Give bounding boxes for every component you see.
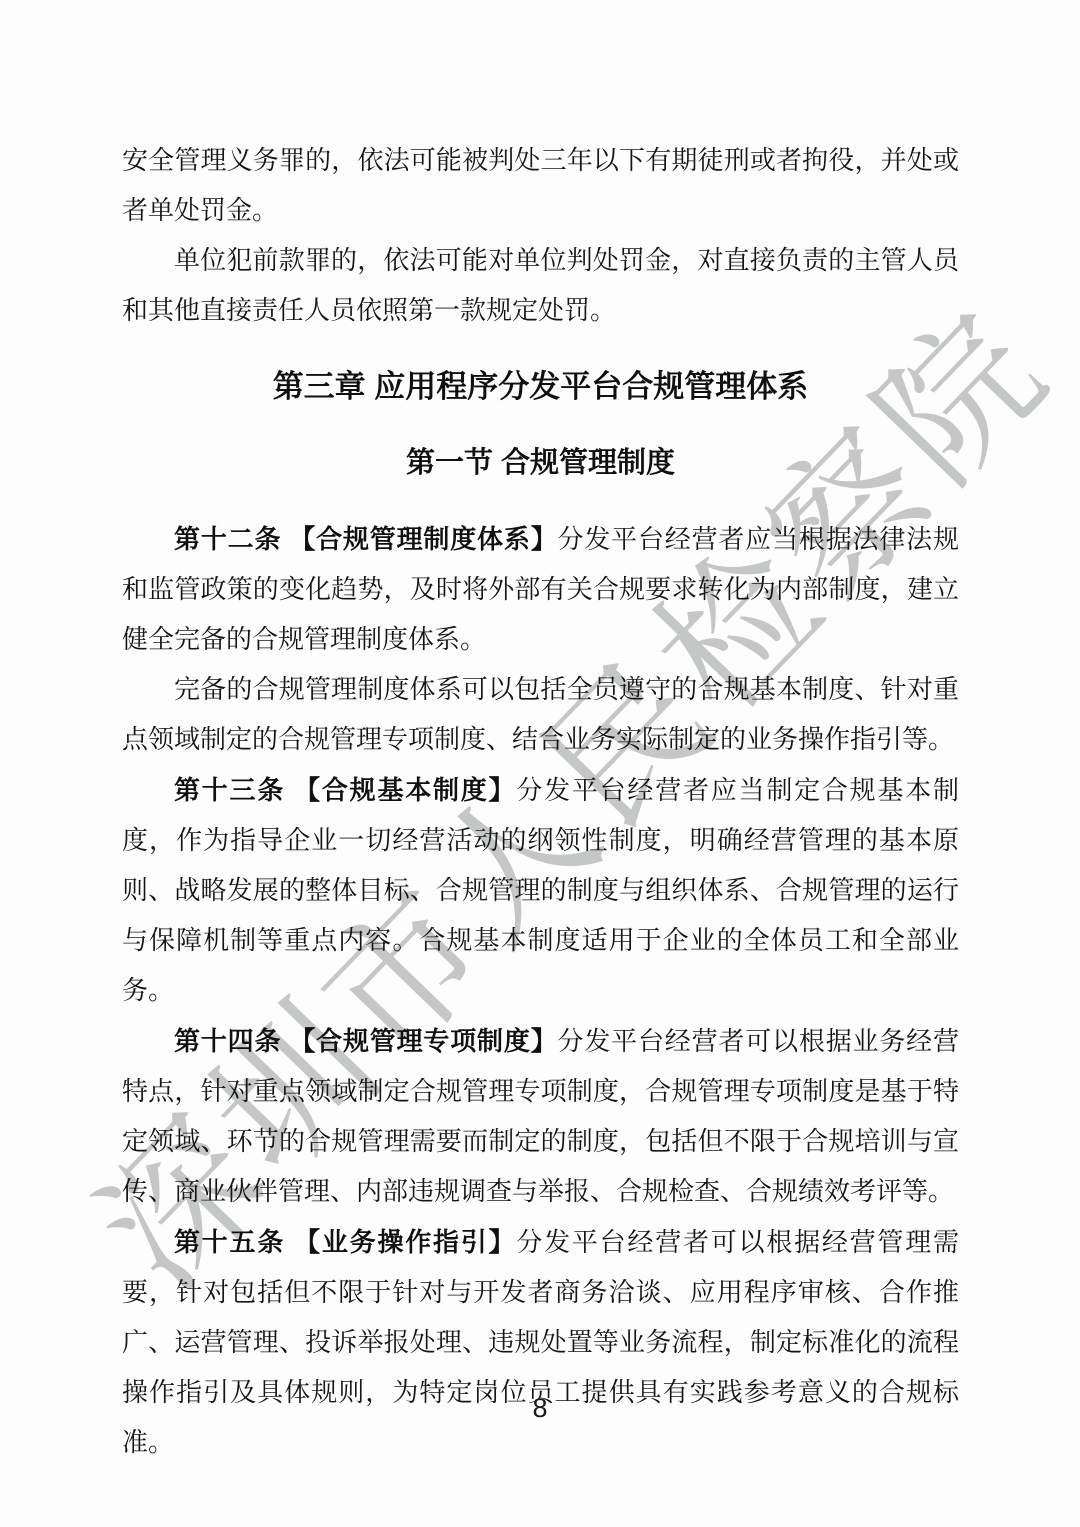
paragraph-unit-crime: 单位犯前款罪的，依法可能对单位判处罚金，对直接负责的主管人员和其他直接责任人员依…: [122, 236, 959, 336]
document-page: 深圳市人民检察院 安全管理义务罪的，依法可能被判处三年以下有期徒刑或者拘役，并处…: [0, 0, 1080, 1527]
article-12-paragraph: 第十二条 【合规管理制度体系】分发平台经营者应当根据法律法规和监管政策的变化趋势…: [122, 514, 959, 665]
article-13-body: 分发平台经营者应当制定合规基本制度，作为指导企业一切经营活动的纲领性制度，明确经…: [122, 776, 959, 1005]
article-13-paragraph: 第十三条 【合规基本制度】分发平台经营者应当制定合规基本制度，作为指导企业一切经…: [122, 765, 959, 1016]
paragraph-complete-system: 完备的合规管理制度体系可以包括全员遵守的合规基本制度、针对重点领域制定的合规管理…: [122, 665, 959, 765]
article-14-heading: 第十四条 【合规管理专项制度】: [174, 1026, 558, 1056]
paragraph-carryover: 安全管理义务罪的，依法可能被判处三年以下有期徒刑或者拘役，并处或者单处罚金。: [122, 136, 959, 236]
section-heading: 第一节 合规管理制度: [122, 438, 959, 488]
page-content: 安全管理义务罪的，依法可能被判处三年以下有期徒刑或者拘役，并处或者单处罚金。 单…: [0, 0, 1080, 1468]
page-number: 8: [0, 1388, 1080, 1428]
article-15-paragraph: 第十五条 【业务操作指引】分发平台经营者可以根据经营管理需要，针对包括但不限于针…: [122, 1217, 959, 1468]
chapter-heading: 第三章 应用程序分发平台合规管理体系: [122, 362, 959, 412]
article-12-heading: 第十二条 【合规管理制度体系】: [174, 524, 558, 554]
article-15-heading: 第十五条 【业务操作指引】: [174, 1227, 516, 1257]
article-14-paragraph: 第十四条 【合规管理专项制度】分发平台经营者可以根据业务经营特点，针对重点领域制…: [122, 1016, 959, 1217]
article-13-heading: 第十三条 【合规基本制度】: [174, 775, 516, 805]
